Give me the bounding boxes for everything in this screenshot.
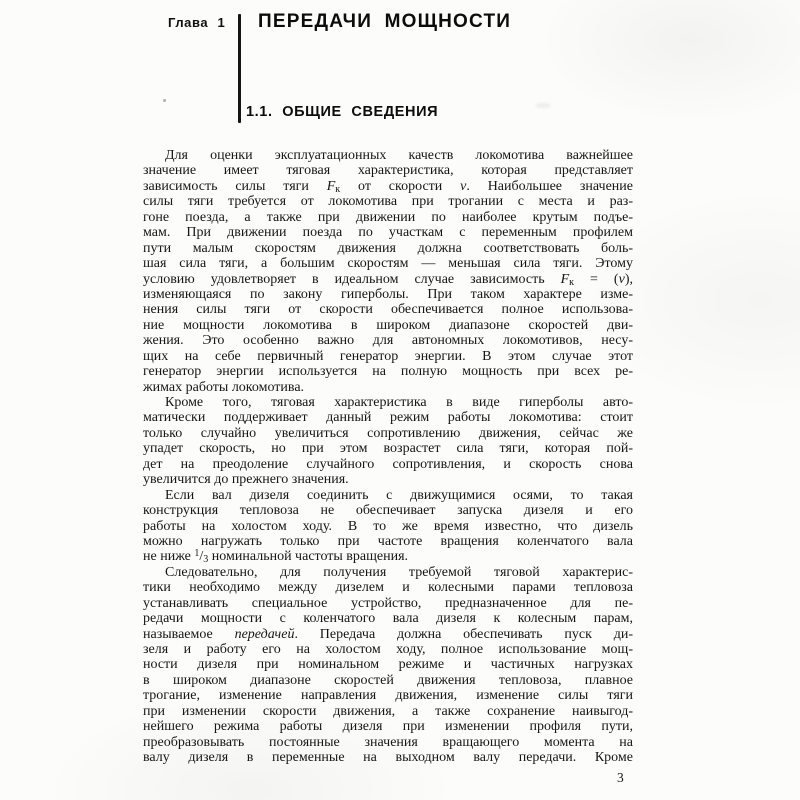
text-line: в широком диапазоне скоростей движения т…: [143, 673, 633, 688]
text-line: ние мощности локомотива в широком диапаз…: [143, 318, 633, 333]
text-line: силы тяги требуется от локомотива при тр…: [143, 194, 633, 209]
text-line: нения силы тяги от скорости обеспечивает…: [143, 302, 633, 317]
text-line: при изменении скорости движения, а также…: [143, 704, 633, 719]
text-line: значение имеет тяговая характеристика, к…: [143, 163, 633, 178]
text-line: матически поддерживает данный режим рабо…: [143, 410, 633, 425]
chapter-divider-rule: [238, 14, 241, 123]
text-line: не ниже 1/3 номинальной частоты вращения…: [143, 549, 633, 564]
page-number: 3: [617, 770, 624, 786]
chapter-label: Глава 1: [168, 15, 225, 30]
text-line: жимах работы локомотива.: [143, 380, 633, 395]
text-line: тики необходимо между дизелем и колесным…: [143, 580, 633, 595]
scan-speck: [163, 99, 166, 102]
text-line: мам. При движении поезда по участкам с п…: [143, 225, 633, 240]
chapter-title: ПЕРЕДАЧИ МОЩНОСТИ: [258, 11, 511, 33]
text-line: можно нагружать только при частоте враще…: [143, 534, 633, 549]
text-line: щих на себе первичный генератор энергии.…: [143, 349, 633, 364]
text-line: только случайно увеличиться сопротивлени…: [143, 426, 633, 441]
text-line: дет на преодоление случайного сопротивле…: [143, 457, 633, 472]
text-line: Следовательно, для получения требуемой т…: [143, 565, 633, 580]
text-line: упадет скорость, но при этом возрастет с…: [143, 441, 633, 456]
text-line: изменяющаяся по закону гиперболы. При та…: [143, 287, 633, 302]
text-line: пути малым скоростям движения должна соо…: [143, 241, 633, 256]
text-line: устанавливать специальное устройство, пр…: [143, 596, 633, 611]
text-line: шая сила тяги, а большим скоростям — мен…: [143, 256, 633, 271]
text-line: гоне поезда, а также при движении по наи…: [143, 210, 633, 225]
text-line: Кроме того, тяговая характеристика в вид…: [143, 395, 633, 410]
book-page: Глава 1 ПЕРЕДАЧИ МОЩНОСТИ 1.1. ОБЩИЕ СВЕ…: [0, 0, 800, 800]
text-line: валу дизеля в переменные на выходном вал…: [143, 750, 633, 765]
text-line: трогание, изменение направления движения…: [143, 688, 633, 703]
text-line: нейшего режима работы дизеля при изменен…: [143, 719, 633, 734]
text-line: конструкция тепловоза не обеспечивает за…: [143, 503, 633, 518]
text-line: зависимость силы тяги Fк от скорости v. …: [143, 179, 633, 194]
text-line: зеля и работу его на холостом ходу, полн…: [143, 642, 633, 657]
scan-speck: [536, 103, 550, 108]
body-text: Для оценки эксплуатационных качеств локо…: [143, 148, 633, 766]
section-heading: 1.1. ОБЩИЕ СВЕДЕНИЯ: [246, 104, 438, 120]
text-line: увеличится до прежнего значения.: [143, 472, 633, 487]
text-line: называемое передачей. Передача должна об…: [143, 627, 633, 642]
text-line: Для оценки эксплуатационных качеств локо…: [143, 148, 633, 163]
text-line: редачи мощности с коленчатого вала дизел…: [143, 611, 633, 626]
text-line: ности дизеля при номинальном режиме и ча…: [143, 657, 633, 672]
text-line: Если вал дизеля соединить с движущимися …: [143, 488, 633, 503]
text-line: преобразовывать постоянные значения вращ…: [143, 735, 633, 750]
text-line: жения. Это особенно важно для автономных…: [143, 333, 633, 348]
text-line: работы на холостом ходу. В то же время и…: [143, 519, 633, 534]
text-line: условию удовлетворяет в идеальном случае…: [143, 272, 633, 287]
text-line: генератор энергии используется на полную…: [143, 364, 633, 379]
